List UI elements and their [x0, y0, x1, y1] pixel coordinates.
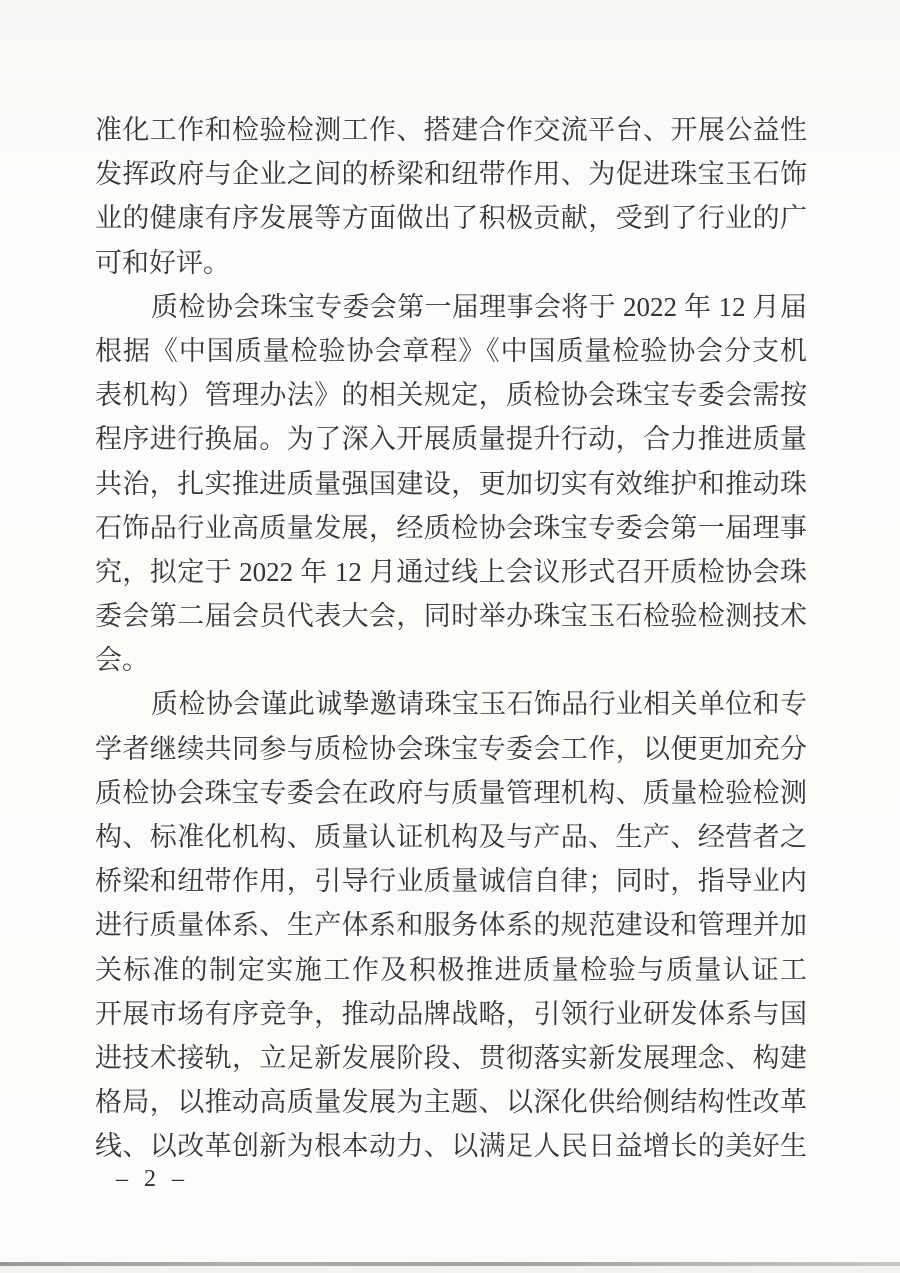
- text-line: 会。: [95, 638, 807, 682]
- text-line: 构、标准化机构、质量认证机构及与产品、生产、经营者之间的: [95, 815, 807, 859]
- document-body: 准化工作和检验检测工作、搭建合作交流平台、开展公益性活动、 发挥政府与企业之间的…: [95, 108, 807, 1169]
- text-line: 质检协会珠宝专委会第一届理事会将于 2022 年 12 月届满。: [95, 285, 807, 329]
- text-line: 业的健康有序发展等方面做出了积极贡献，受到了行业的广泛认: [95, 196, 807, 240]
- text-line: 可和好评。: [95, 241, 807, 285]
- scan-bottom-margin: [0, 1266, 900, 1273]
- text-line: 质检协会珠宝专委会在政府与质量管理机构、质量检验检测机: [95, 771, 807, 815]
- text-line: 委会第二届会员代表大会，同时举办珠宝玉石检验检测技术交流: [95, 594, 807, 638]
- text-line: 准化工作和检验检测工作、搭建合作交流平台、开展公益性活动、: [95, 108, 807, 152]
- page-number: – 2 –: [116, 1164, 189, 1194]
- text-line: 进技术接轨，立足新发展阶段、贯彻落实新发展理念、构建新发展: [95, 1036, 807, 1080]
- text-line: 开展市场有序竞争，推动品牌战略，引领行业研发体系与国际先: [95, 992, 807, 1036]
- paragraph-3: 质检协会谨此诚挚邀请珠宝玉石饰品行业相关单位和专家 学者继续共同参与质检协会珠宝…: [95, 682, 807, 1168]
- text-line: 质检协会谨此诚挚邀请珠宝玉石饰品行业相关单位和专家: [95, 682, 807, 726]
- text-line: 桥梁和纽带作用，引导行业质量诚信自律；同时，指导业内企业: [95, 859, 807, 903]
- text-line: 石饰品行业高质量发展，经质检协会珠宝专委会第一届理事会研: [95, 506, 807, 550]
- text-line: 根据《中国质量检验协会章程》《中国质量检验协会分支机构（代: [95, 329, 807, 373]
- text-line: 程序进行换届。为了深入开展质量提升行动，合力推进质量社会: [95, 417, 807, 461]
- text-line: 学者继续共同参与质检协会珠宝专委会工作，以便更加充分发挥: [95, 727, 807, 771]
- text-line: 格局，以推动高质量发展为主题、以深化供给侧结构性改革为主: [95, 1080, 807, 1124]
- paragraph-2: 质检协会珠宝专委会第一届理事会将于 2022 年 12 月届满。 根据《中国质量…: [95, 285, 807, 683]
- text-line: 发挥政府与企业之间的桥梁和纽带作用、为促进珠宝玉石饰品行: [95, 152, 807, 196]
- text-line: 究，拟定于 2022 年 12 月通过线上会议形式召开质检协会珠宝专: [95, 550, 807, 594]
- text-line: 线、以改革创新为根本动力、以满足人民日益增长的美好生活: [95, 1124, 807, 1168]
- paragraph-1: 准化工作和检验检测工作、搭建合作交流平台、开展公益性活动、 发挥政府与企业之间的…: [95, 108, 807, 285]
- text-line: 关标准的制定实施工作及积极推进质量检验与质量认证工作，: [95, 948, 807, 992]
- text-line: 共治，扎实推进质量强国建设，更加切实有效维护和推动珠宝玉: [95, 462, 807, 506]
- text-line: 表机构）管理办法》的相关规定，质检协会珠宝专委会需按规定: [95, 373, 807, 417]
- text-line: 进行质量体系、生产体系和服务体系的规范建设和管理并加快相: [95, 903, 807, 947]
- scanned-document-page: 准化工作和检验检测工作、搭建合作交流平台、开展公益性活动、 发挥政府与企业之间的…: [0, 0, 900, 1273]
